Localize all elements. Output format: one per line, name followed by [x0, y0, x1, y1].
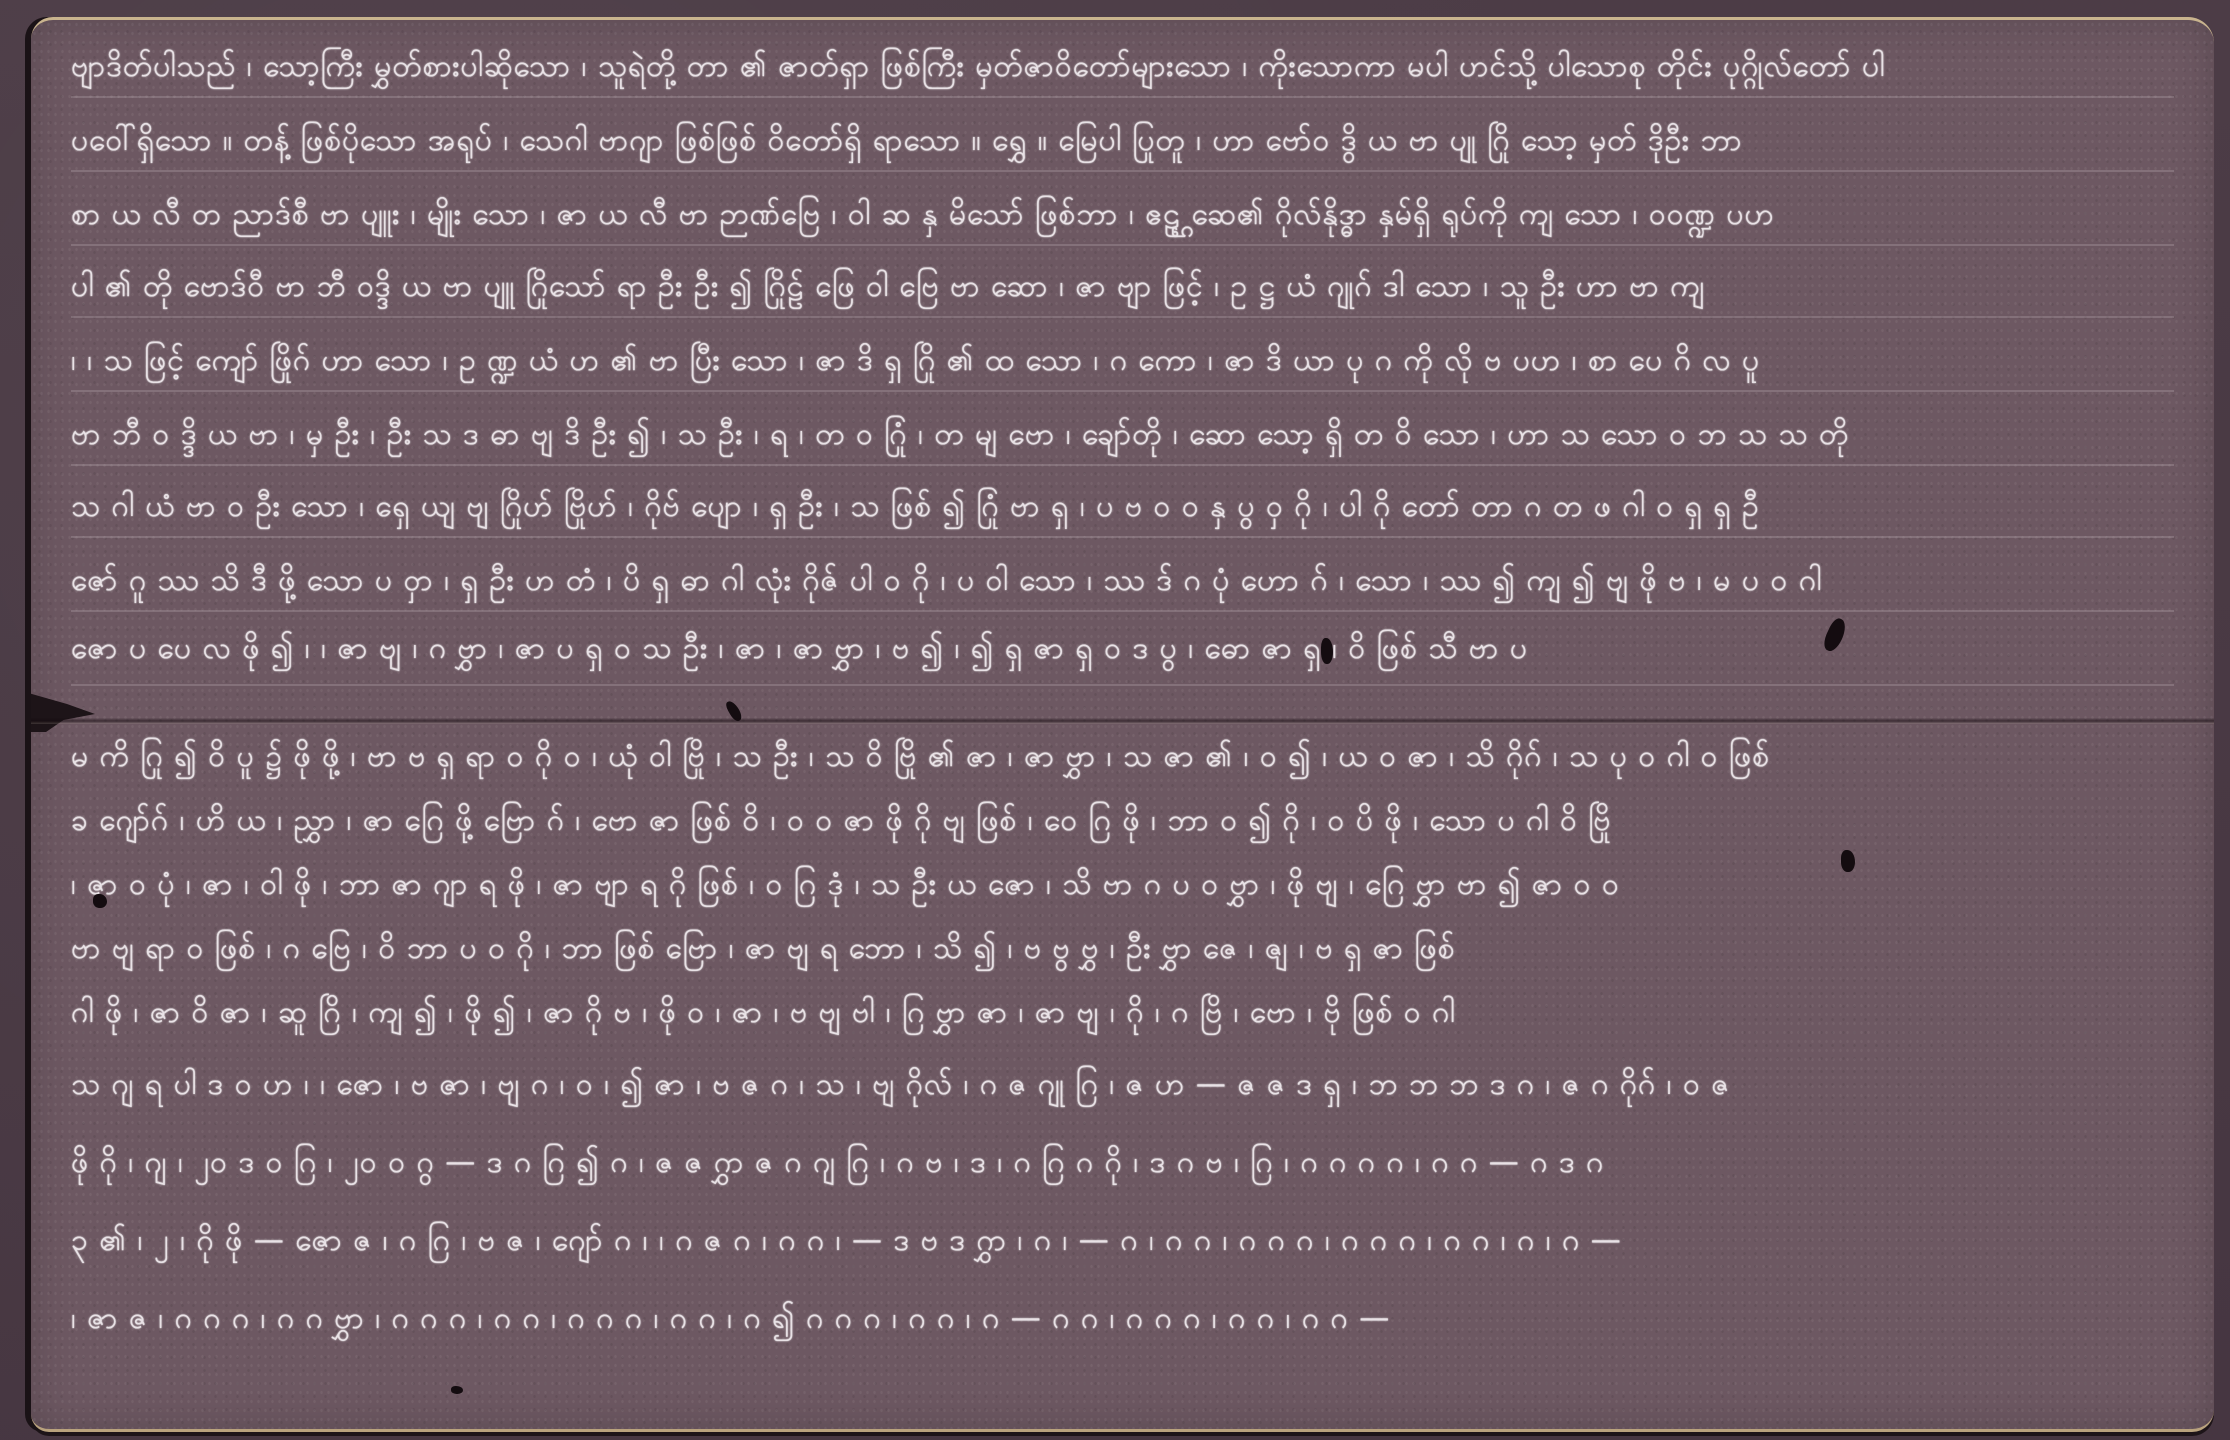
lower-fold-panel: မ ကိ ဂြု ၍ ဝိ ပူ ၌ ဖို ဖို့ ၊ ဗာ ဗ ရှ ရာ… — [31, 726, 2214, 1429]
manuscript-line: ဗျာဒိတ်ပါသည် ၊ သော့ကြီး မွှတ်စားပါဆိုသော… — [71, 46, 2174, 91]
manuscript-line: မ ကိ ဂြု ၍ ဝိ ပူ ၌ ဖို ဖို့ ၊ ဗာ ဗ ရှ ရာ… — [71, 736, 2174, 781]
manuscript-line: ၃ ၏ ၊ ၂ ၊ ဂို ဖို — ဇော ဇ ၊ ဂ ဂြ ၊ ဗ ဇ ၊… — [71, 1220, 2174, 1265]
ruling-line — [71, 464, 2174, 466]
manuscript-line: ၊ ၊ သ ဖြင့် ကျော် ဖြိုဂ် ဟာ သော ၊ ဥ ဏ္ဍ … — [71, 340, 2174, 385]
ruling-line — [71, 610, 2174, 612]
ink-blot — [1841, 850, 1855, 872]
manuscript-line: သ ဂျ ရ ပါ ဒ ဝ ဟ ၊ ၊ ဇော ၊ ဗ ဇာ ၊ ဗျ ဂ ၊ … — [71, 1064, 2174, 1109]
fold-crease — [31, 718, 2214, 724]
ruling-line — [71, 390, 2174, 392]
manuscript-line: ၊ ဇာ ဇ ၊ ဂ ဂ ဂ ၊ ဂ ဂ ဗွှာ ၊ ဂ ဂ ဂ ၊ ဂ ဂ … — [71, 1298, 2174, 1343]
upper-fold-panel: ဗျာဒိတ်ပါသည် ၊ သော့ကြီး မွှတ်စားပါဆိုသော… — [31, 20, 2214, 720]
ruling-line — [71, 244, 2174, 246]
manuscript-line: ပဝေါ်ရှိသော ။ တန့် ဖြစ်ပိုသော အရုပ် ၊ သေ… — [71, 120, 2174, 165]
manuscript-line: ဖို ဂို ၊ ဂျ ၊ ၂၀ ဒ ဝ ဂြ ၊ ၂၀ ဝ ဂွ — ဒ ဂ… — [71, 1142, 2174, 1187]
manuscript-line: ဗာ ဗျ ရာ ဝ ဖြစ် ၊ ဂ ဗြေ ၊ ဝိ ဘာ ပ ဝ ဂို … — [71, 928, 2174, 973]
manuscript-line: ခ ဂျော်ဂ် ၊ ဟိ ယ ၊ ညွှာ ၊ ဇာ ဂြေ ဖို့ ဗြ… — [71, 800, 2174, 845]
parabaik-sheet: ဗျာဒိတ်ပါသည် ၊ သော့ကြီး မွှတ်စားပါဆိုသော… — [31, 17, 2214, 1432]
manuscript-line: ဂါ ဖို ၊ ဇာ ဝိ ဇာ ၊ ဆူ ဂြိ ၊ ကျ ၍ ၊ ဖို … — [71, 992, 2174, 1037]
manuscript-line: ဇော် ဂူ ဿ သိ ဒီ ဖို့ သော ပ ဝှာ ၊ ရှ ဦး ဟ… — [71, 560, 2174, 605]
manuscript-line: စာ ယ လီ ဝာ ညာဒ်စီ ဗာ ပျူး ၊ မျိုး သော ၊ … — [71, 194, 2174, 239]
manuscript-line: သ ဂါ ယံ ဗာ ဝ ဦး သော ၊ ရှေ ယျ ဗျ ဂြိုဟ် ဗ… — [71, 486, 2174, 531]
manuscript-line: ဗာ ဘီ ဝ ဒ္ဒိ ယ ဗာ ၊ မှ ဦး ၊ ဦး သ ဒ ဓာ ဗျ… — [71, 414, 2174, 459]
ruling-line — [71, 96, 2174, 98]
manuscript-line: ပါ ၏ တို ဗောဒ်ဝီ ဗာ ဘီ ဝဒ္ဒိ ယ ဗာ ပျူ ဂြ… — [71, 266, 2174, 311]
manuscript-line: ဇော ပ ပေ လ ဖို ၍ ၊ ၊ ဇာ ဗျ ၊ ဂ ဗွှာ ၊ ဇာ… — [71, 628, 2174, 673]
ink-blot — [1321, 638, 1333, 664]
ink-blot — [451, 1386, 463, 1394]
ruling-line — [71, 684, 2174, 686]
ink-blot — [93, 894, 107, 908]
ruling-line — [71, 536, 2174, 538]
ruling-line — [71, 170, 2174, 172]
manuscript-line: ၊ ဇာ ဝ ပုံ ၊ ဇာ ၊ ဝါ ဖို ၊ ဘာ ဇာ ဂျာ ရ ဖ… — [71, 864, 2174, 909]
ruling-line — [71, 316, 2174, 318]
